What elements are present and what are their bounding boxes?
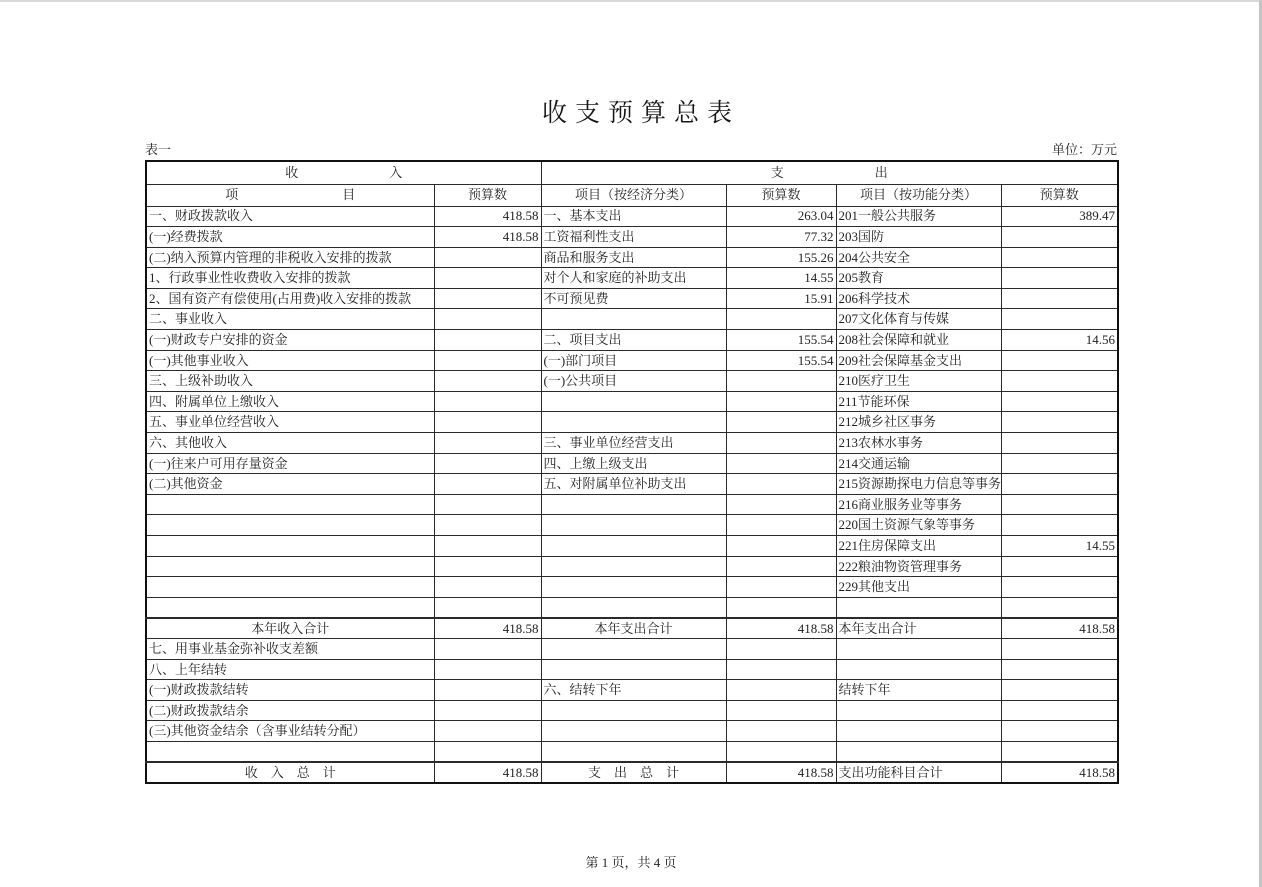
budget-value-cell: 418.58 [434,618,541,639]
budget-value-cell: 14.56 [1001,330,1118,351]
budget-value-cell: 418.58 [726,762,836,783]
table-row: 六、其他收入三、事业单位经营支出213农林水事务 [146,433,1118,454]
budget-value-cell [434,309,541,330]
budget-value-cell [1001,556,1118,577]
table-row: 五、事业单位经营收入212城乡社区事务 [146,412,1118,433]
item-cell [541,515,726,536]
budget-value-cell [434,330,541,351]
budget-value-cell [726,741,836,762]
budget-value-cell [1001,247,1118,268]
budget-value-cell: 418.58 [434,227,541,248]
item-cell [541,309,726,330]
item-cell: 214交通运输 [836,453,1001,474]
budget-value-cell [1001,494,1118,515]
budget-value-cell [434,556,541,577]
budget-value-cell [434,453,541,474]
page-title: 收支预算总表 [145,93,1117,129]
expense-section-header: 支 出 [541,161,1118,184]
item-cell [541,700,726,721]
budget-value-cell [1001,659,1118,680]
table-row: 一、财政拨款收入418.58一、基本支出263.04201一般公共服务389.4… [146,206,1118,227]
table-row: 222粮油物资管理事务 [146,556,1118,577]
budget-value-cell [1001,268,1118,289]
item-cell [146,515,434,536]
item-cell: 203国防 [836,227,1001,248]
column-header-income-budget: 预算数 [434,184,541,206]
budget-value-cell [1001,412,1118,433]
budget-value-cell: 14.55 [726,268,836,289]
item-cell: 207文化体育与传媒 [836,309,1001,330]
table-row: 2、国有资产有偿使用(占用费)收入安排的拨款不可预见费15.91206科学技术 [146,288,1118,309]
table-row: (二)纳入预算内管理的非税收入安排的拨款商品和服务支出155.26204公共安全 [146,247,1118,268]
budget-summary-table: 收 入 支 出 项 目 预算数 项目（按经济分类） 预算数 项目（按功能分类） … [145,160,1119,784]
item-cell: 二、项目支出 [541,330,726,351]
item-cell: 215资源勘探电力信息等事务 [836,474,1001,495]
table-row: (三)其他资金结余（含事业结转分配） [146,721,1118,742]
item-cell: (一)财政专户安排的资金 [146,330,434,351]
item-cell: 四、附属单位上缴收入 [146,391,434,412]
budget-value-cell [1001,433,1118,454]
budget-value-cell [434,371,541,392]
budget-value-cell [1001,391,1118,412]
budget-value-cell [434,741,541,762]
table-meta-row: 表一 单位：万元 [145,139,1117,157]
column-header-economic-budget: 预算数 [726,184,836,206]
item-cell [836,597,1001,618]
item-cell [836,721,1001,742]
item-cell: 六、其他收入 [146,433,434,454]
budget-value-cell [434,247,541,268]
item-cell: (一)其他事业收入 [146,350,434,371]
budget-value-cell [1001,680,1118,701]
item-cell: 本年支出合计 [836,618,1001,639]
item-cell [541,494,726,515]
table-row: 220国土资源气象等事务 [146,515,1118,536]
budget-value-cell: 418.58 [726,618,836,639]
item-cell [836,659,1001,680]
budget-value-cell [1001,350,1118,371]
budget-value-cell [434,659,541,680]
item-cell [541,741,726,762]
item-cell [541,536,726,557]
item-cell: (一)财政拨款结转 [146,680,434,701]
item-cell: 本年收入合计 [146,618,434,639]
budget-value-cell [434,638,541,659]
budget-value-cell [726,638,836,659]
item-cell [146,741,434,762]
table-row: (一)其他事业收入(一)部门项目155.54209社会保障基金支出 [146,350,1118,371]
table-row: 三、上级补助收入(一)公共项目210医疗卫生 [146,371,1118,392]
item-cell: (一)往来户可用存量资金 [146,453,434,474]
table-row: (一)财政拨款结转六、结转下年结转下年 [146,680,1118,701]
item-cell: 五、对附属单位补助支出 [541,474,726,495]
budget-value-cell [726,433,836,454]
item-cell: 216商业服务业等事务 [836,494,1001,515]
budget-value-cell [1001,309,1118,330]
column-header-functional-budget: 预算数 [1001,184,1118,206]
column-header-functional-item: 项目（按功能分类） [836,184,1001,206]
item-cell: (三)其他资金结余（含事业结转分配） [146,721,434,742]
item-cell: 一、基本支出 [541,206,726,227]
budget-value-cell [434,536,541,557]
item-cell: (二)其他资金 [146,474,434,495]
budget-value-cell: 155.26 [726,247,836,268]
budget-value-cell [1001,700,1118,721]
item-cell [541,638,726,659]
item-cell: 211节能环保 [836,391,1001,412]
item-cell: 220国土资源气象等事务 [836,515,1001,536]
section-header-row: 收 入 支 出 [146,161,1118,184]
column-header-income-item: 项 目 [146,184,434,206]
item-cell: 工资福利性支出 [541,227,726,248]
table-row: (二)其他资金五、对附属单位补助支出215资源勘探电力信息等事务 [146,474,1118,495]
item-cell: 支出功能科目合计 [836,762,1001,783]
budget-value-cell [726,494,836,515]
item-cell: 二、事业收入 [146,309,434,330]
budget-value-cell [434,350,541,371]
item-cell: 不可预见费 [541,288,726,309]
item-cell: 221住房保障支出 [836,536,1001,557]
budget-value-cell: 15.91 [726,288,836,309]
item-cell: 201一般公共服务 [836,206,1001,227]
unit-label: 单位：万元 [1052,139,1117,158]
document-page: { "page": { "title": "收支预算总表", "table_la… [0,0,1262,887]
table-row: 221住房保障支出14.55 [146,536,1118,557]
budget-value-cell [1001,515,1118,536]
budget-value-cell [434,474,541,495]
budget-value-cell [726,597,836,618]
table-row: 二、事业收入207文化体育与传媒 [146,309,1118,330]
item-cell [541,391,726,412]
page-edge-top [0,0,1262,2]
item-cell: 205教育 [836,268,1001,289]
budget-value-cell [726,391,836,412]
item-cell: (二)财政拨款结余 [146,700,434,721]
item-cell [836,741,1001,762]
budget-value-cell [726,659,836,680]
budget-value-cell [1001,474,1118,495]
table-row: (一)往来户可用存量资金四、上缴上级支出214交通运输 [146,453,1118,474]
budget-value-cell [1001,577,1118,598]
budget-value-cell: 418.58 [434,206,541,227]
budget-value-cell [434,288,541,309]
item-cell [836,638,1001,659]
item-cell: 商品和服务支出 [541,247,726,268]
item-cell: (一)公共项目 [541,371,726,392]
budget-value-cell [434,721,541,742]
table-number-label: 表一 [145,139,171,158]
budget-value-cell [726,536,836,557]
budget-value-cell: 418.58 [1001,618,1118,639]
budget-value-cell: 155.54 [726,330,836,351]
budget-value-cell [1001,453,1118,474]
item-cell: (二)纳入预算内管理的非税收入安排的拨款 [146,247,434,268]
income-section-header: 收 入 [146,161,541,184]
item-cell: 七、用事业基金弥补收支差额 [146,638,434,659]
item-cell: 一、财政拨款收入 [146,206,434,227]
budget-value-cell [1001,741,1118,762]
table-row: 229其他支出 [146,577,1118,598]
table-row: 七、用事业基金弥补收支差额 [146,638,1118,659]
item-cell: 209社会保障基金支出 [836,350,1001,371]
item-cell: 2、国有资产有偿使用(占用费)收入安排的拨款 [146,288,434,309]
item-cell [836,700,1001,721]
item-cell [541,556,726,577]
budget-table-body: 一、财政拨款收入418.58一、基本支出263.04201一般公共服务389.4… [146,206,1118,783]
budget-value-cell [434,577,541,598]
budget-value-cell [1001,371,1118,392]
table-row: (一)财政专户安排的资金二、项目支出155.54208社会保障和就业14.56 [146,330,1118,351]
budget-value-cell [434,412,541,433]
table-row [146,597,1118,618]
budget-value-cell [1001,597,1118,618]
item-cell: 支 出 总 计 [541,762,726,783]
item-cell: 1、行政事业性收费收入安排的拨款 [146,268,434,289]
item-cell: 213农林水事务 [836,433,1001,454]
table-row: 四、附属单位上缴收入211节能环保 [146,391,1118,412]
item-cell [146,494,434,515]
budget-value-cell [434,268,541,289]
budget-value-cell [726,556,836,577]
budget-value-cell: 263.04 [726,206,836,227]
table-row: 收 入 总 计418.58支 出 总 计418.58支出功能科目合计418.58 [146,762,1118,783]
item-cell: 对个人和家庭的补助支出 [541,268,726,289]
table-row: (一)经费拨款418.58工资福利性支出77.32203国防 [146,227,1118,248]
budget-value-cell: 418.58 [1001,762,1118,783]
table-row: 1、行政事业性收费收入安排的拨款对个人和家庭的补助支出14.55205教育 [146,268,1118,289]
item-cell [541,577,726,598]
item-cell: 212城乡社区事务 [836,412,1001,433]
item-cell: 208社会保障和就业 [836,330,1001,351]
item-cell [541,659,726,680]
item-cell [146,556,434,577]
budget-value-cell [1001,721,1118,742]
table-row: 八、上年结转 [146,659,1118,680]
budget-value-cell [726,412,836,433]
budget-value-cell [726,453,836,474]
item-cell: 收 入 总 计 [146,762,434,783]
item-cell: (一)经费拨款 [146,227,434,248]
item-cell [541,721,726,742]
budget-value-cell [726,700,836,721]
item-cell [541,412,726,433]
item-cell: 206科学技术 [836,288,1001,309]
budget-value-cell: 155.54 [726,350,836,371]
item-cell [541,597,726,618]
budget-value-cell [434,515,541,536]
item-cell: 五、事业单位经营收入 [146,412,434,433]
table-row: 本年收入合计418.58本年支出合计418.58本年支出合计418.58 [146,618,1118,639]
budget-value-cell [1001,288,1118,309]
item-cell [146,597,434,618]
budget-value-cell: 77.32 [726,227,836,248]
budget-value-cell [726,474,836,495]
item-cell: 222粮油物资管理事务 [836,556,1001,577]
item-cell [146,536,434,557]
budget-value-cell [726,515,836,536]
column-header-economic-item: 项目（按经济分类） [541,184,726,206]
budget-value-cell [1001,638,1118,659]
item-cell: 六、结转下年 [541,680,726,701]
item-cell: (一)部门项目 [541,350,726,371]
budget-value-cell [434,700,541,721]
budget-value-cell [434,597,541,618]
budget-value-cell [726,371,836,392]
item-cell: 三、上级补助收入 [146,371,434,392]
budget-value-cell [1001,227,1118,248]
item-cell: 229其他支出 [836,577,1001,598]
budget-value-cell [726,721,836,742]
item-cell [146,577,434,598]
item-cell: 八、上年结转 [146,659,434,680]
budget-value-cell [726,680,836,701]
item-cell: 本年支出合计 [541,618,726,639]
item-cell: 三、事业单位经营支出 [541,433,726,454]
item-cell: 四、上缴上级支出 [541,453,726,474]
budget-value-cell: 14.55 [1001,536,1118,557]
budget-value-cell [434,680,541,701]
budget-value-cell [726,309,836,330]
budget-value-cell [434,494,541,515]
budget-value-cell: 418.58 [434,762,541,783]
budget-value-cell: 389.47 [1001,206,1118,227]
item-cell: 204公共安全 [836,247,1001,268]
column-header-row: 项 目 预算数 项目（按经济分类） 预算数 项目（按功能分类） 预算数 [146,184,1118,206]
budget-value-cell [726,577,836,598]
budget-value-cell [434,391,541,412]
page-number-footer: 第 1 页，共 4 页 [145,852,1117,871]
table-row [146,741,1118,762]
item-cell: 210医疗卫生 [836,371,1001,392]
budget-value-cell [434,433,541,454]
table-row: (二)财政拨款结余 [146,700,1118,721]
item-cell: 结转下年 [836,680,1001,701]
table-row: 216商业服务业等事务 [146,494,1118,515]
